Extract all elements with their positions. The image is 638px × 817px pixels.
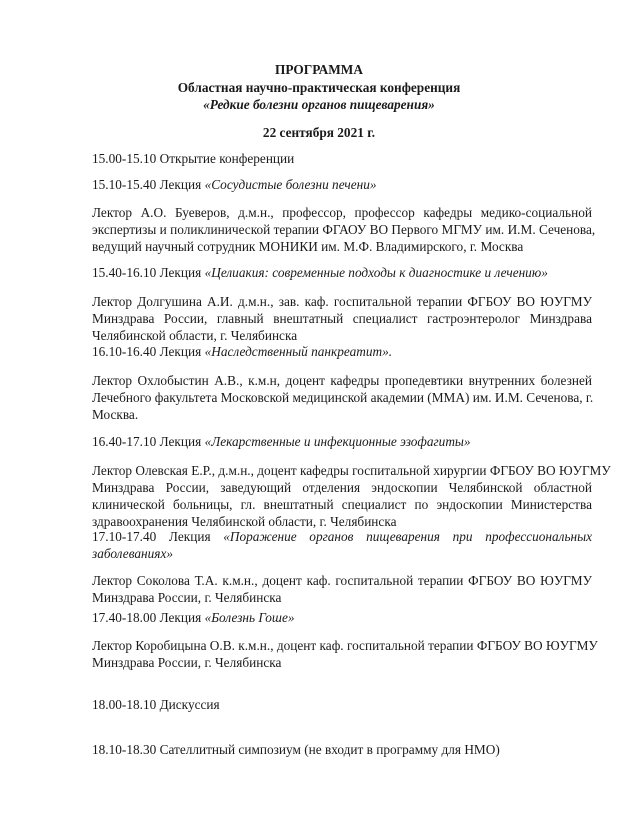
item-time: 18.00-18.10 [92,697,156,712]
program-item-lecture-5: 17.10-17.40 Лекция «Поражение органов пи… [92,528,592,562]
lecture-title-continued: заболеваниях» [92,545,592,562]
item-label: Лекция [160,177,202,192]
lecturer-line: Лектор Коробицына О.В. к.м.н., доцент ка… [92,637,592,654]
item-time: 15.40-16.10 [92,265,156,280]
lecturer-line: Лектор Охлобыстин А.В., к.м.н, доцент ка… [92,372,592,389]
lecturer-line: ведущий научный сотрудник МОНИКИ им. М.Ф… [92,238,592,255]
lecture-title: «Наследственный панкреатит». [205,344,393,359]
item-time: 15.00-15.10 [92,151,156,166]
lecturer-line: Минздрава России, главный внештатный спе… [92,310,592,327]
lecturer-line: Минздрава России, г. Челябинска [92,589,592,606]
item-label: Дискуссия [160,697,220,712]
lecturer-line: Минздрава России, заведующий отделения э… [92,479,592,496]
lecturer-line: клинической больницы, гл. внештатный спе… [92,496,592,513]
item-label: Лекция [160,610,202,625]
program-item-lecture-1: 15.10-15.40 Лекция «Сосудистые болезни п… [92,176,592,193]
program-item-opening: 15.00-15.10 Открытие конференции [92,150,592,167]
lecture-title: «Сосудистые болезни печени» [205,177,377,192]
lecturer-line: Лектор Долгушина А.И. д.м.н., зав. каф. … [92,293,592,310]
program-item-lecture-2: 15.40-16.10 Лекция «Целиакия: современны… [92,264,592,281]
lecturer-line: Лектор А.О. Буеверов, д.м.н., профессор,… [92,204,592,221]
document-page: ПРОГРАММА Областная научно-практическая … [0,0,638,817]
program-item-discussion: 18.00-18.10 Дискуссия [92,696,592,713]
program-item-lecture-4: 16.40-17.10 Лекция «Лекарственные и инфе… [92,433,592,450]
lecturer-info-3: Лектор Охлобыстин А.В., к.м.н, доцент ка… [92,372,592,423]
lecture-title: «Болезнь Гоше» [205,610,295,625]
item-label: Лекция [169,529,211,544]
item-time: 17.10-17.40 [92,529,156,544]
lecturer-info-4: Лектор Олевская Е.Р., д.м.н., доцент каф… [92,462,592,530]
lecturer-line: Минздрава России, г. Челябинска [92,654,592,671]
item-label: Сателлитный симпозиум (не входит в прогр… [160,742,500,757]
lecture-heading-line: 17.10-17.40 Лекция «Поражение органов пи… [92,528,592,545]
lecture-title: «Лекарственные и инфекционные эзофагиты» [205,434,471,449]
lecturer-line: Лектор Олевская Е.Р., д.м.н., доцент каф… [92,462,592,479]
lecturer-line: Лечебного факультета Московской медицинс… [92,389,592,406]
lecturer-info-1: Лектор А.О. Буеверов, д.м.н., профессор,… [92,204,592,255]
item-label: Лекция [160,265,202,280]
item-time: 16.40-17.10 [92,434,156,449]
item-time: 18.10-18.30 [92,742,156,757]
conference-date: 22 сентября 2021 г. [0,124,638,141]
lecturer-line: Москва. [92,406,592,423]
item-label: Открытие конференции [160,151,295,166]
item-time: 16.10-16.40 [92,344,156,359]
item-label: Лекция [160,434,202,449]
lecturer-line: Челябинской области, г. Челябинска [92,327,592,344]
program-item-lecture-6: 17.40-18.00 Лекция «Болезнь Гоше» [92,609,592,626]
item-time: 15.10-15.40 [92,177,156,192]
lecture-title: «Целиакия: современные подходы к диагнос… [205,265,548,280]
lecturer-info-6: Лектор Коробицына О.В. к.м.н., доцент ка… [92,637,592,671]
program-item-lecture-3: 16.10-16.40 Лекция «Наследственный панкр… [92,343,592,360]
lecturer-info-5: Лектор Соколова Т.А. к.м.н., доцент каф.… [92,572,592,606]
lecture-title: «Поражение органов пищеварения при профе… [223,529,592,544]
conference-name: Областная научно-практическая конференци… [0,79,638,96]
document-title: ПРОГРАММА [0,61,638,78]
conference-topic: «Редкие болезни органов пищеварения» [0,96,638,113]
lecturer-info-2: Лектор Долгушина А.И. д.м.н., зав. каф. … [92,293,592,344]
program-item-symposium: 18.10-18.30 Сателлитный симпозиум (не вх… [92,741,592,758]
lecturer-line: экспертизы и поликлинической терапии ФГА… [92,221,592,238]
lecturer-line: Лектор Соколова Т.А. к.м.н., доцент каф.… [92,572,592,589]
item-label: Лекция [160,344,202,359]
item-time: 17.40-18.00 [92,610,156,625]
